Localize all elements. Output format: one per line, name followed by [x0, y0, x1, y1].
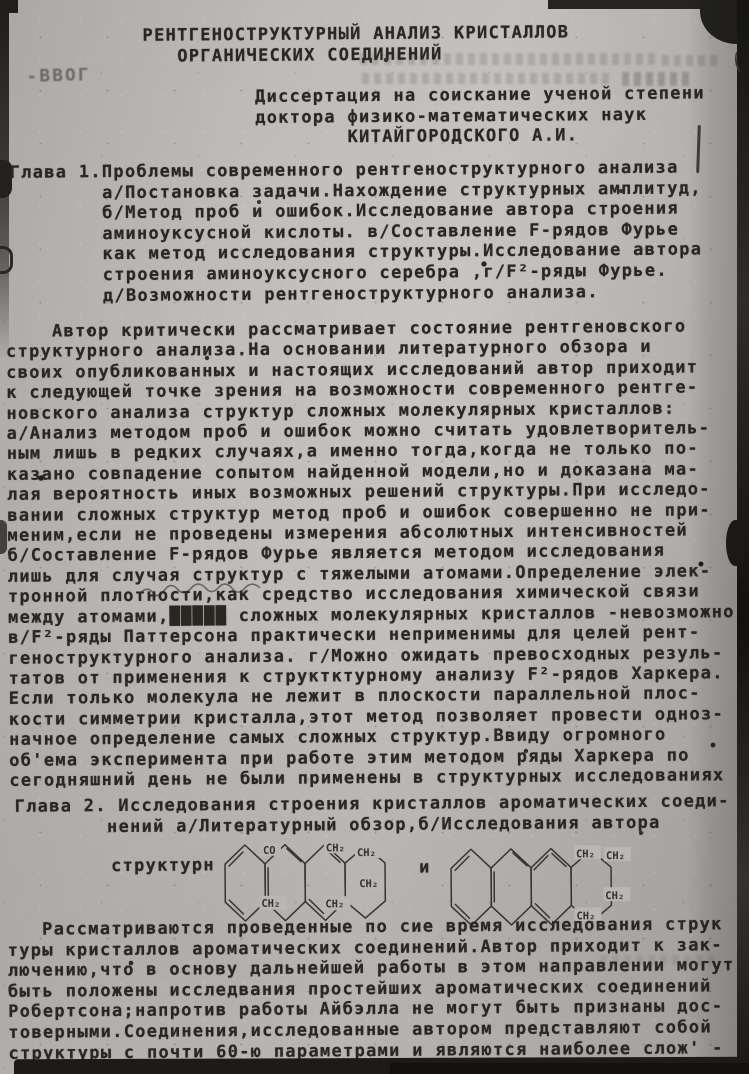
typewritten-content: РЕНТГЕНОСТРУКТУРНЫЙ АНАЛИЗ КРИСТАЛЛОВ ОР… — [0, 0, 749, 1074]
document-title: РЕНТГЕНОСТРУКТУРНЫЙ АНАЛИЗ КРИСТАЛЛОВ ОР… — [142, 22, 569, 67]
chem-label-co: CO — [263, 845, 276, 857]
chem-label-ch2: CH₂ — [357, 847, 376, 859]
scanned-document-page: -ВВОГ РЕНТГЕНОСТРУКТУРНЫЙ АНАЛИЗ КРИСТАЛ… — [0, 0, 749, 1074]
paragraph-conclusions: Рассматриваются проведенные по сие время… — [7, 914, 735, 1064]
chem-label-ch2: CH₂ — [325, 898, 344, 910]
chem-label-ch2: CH₂ — [261, 898, 280, 910]
structures-label: структурн — [111, 855, 215, 876]
chem-label-ch2: CH₂ — [606, 850, 625, 862]
chem-label-ch2: CH₂ — [326, 842, 345, 854]
chem-label-ch2: CH₂ — [359, 878, 378, 890]
chem-label-ch2: CH₂ — [576, 848, 595, 860]
handwritten-scribble-artifact — [137, 582, 267, 601]
chapter-1-heading: Глава 1.Проблемы современного рентгеност… — [10, 157, 703, 307]
dust-speckles — [0, 0, 2, 2]
dissertation-subtitle: Диссертация на соискание ученой степени … — [255, 83, 705, 148]
paragraph-review: Автор критически рассматривает состояние… — [6, 316, 736, 791]
chem-label-ch2: CH₂ — [605, 890, 624, 902]
structures-connector: и — [419, 858, 431, 878]
